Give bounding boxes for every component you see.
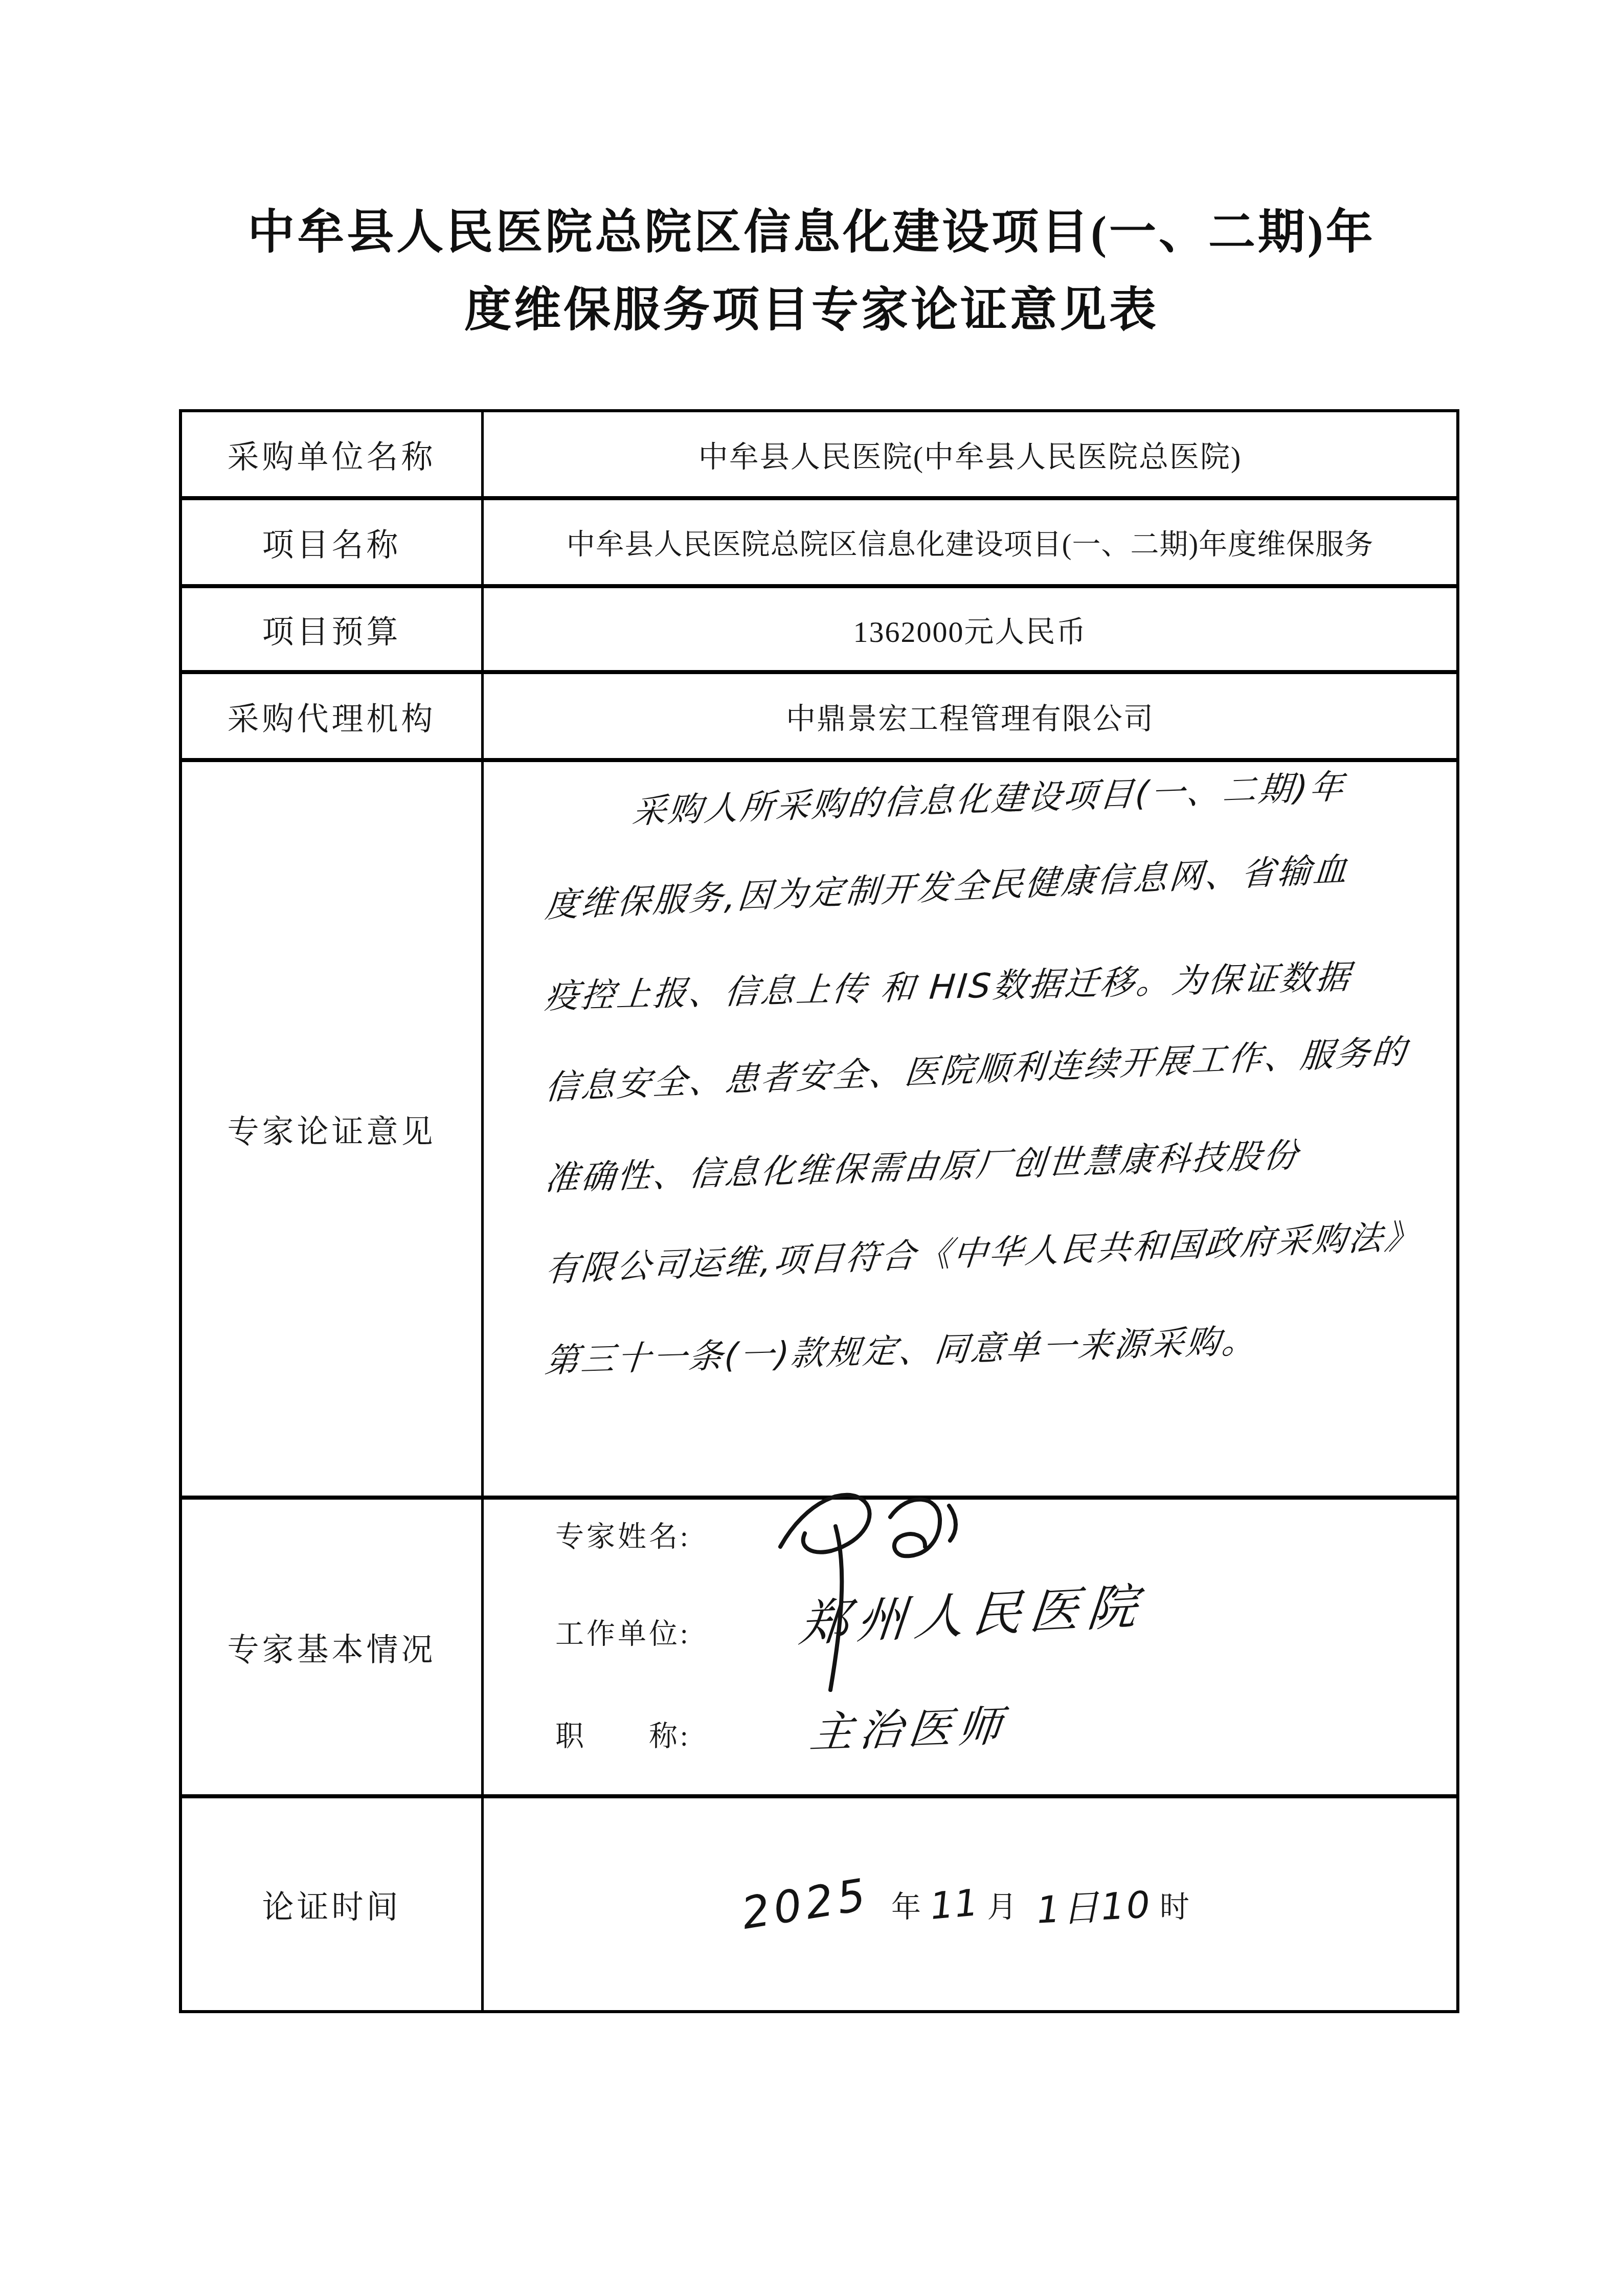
time-day-hour-handwritten: 1日10 xyxy=(1035,1875,1153,1934)
expert-title-handwritten-value: 主治医师 xyxy=(807,1691,1011,1760)
table-row-purchaser: 采购单位名称 中牟县人民医院(中牟县人民医院总医院) xyxy=(182,412,1456,500)
scanned-document-page: 中牟县人民医院总院区信息化建设项目(一、二期)年 度维保服务项目专家论证意见表 … xyxy=(0,0,1623,2296)
project-name-label: 项目名称 xyxy=(182,500,484,584)
expert-info-fields: 专家姓名: 工作单位: 郑州人民医院 职 称: 主治医师 xyxy=(484,1500,1456,1794)
time-hour-unit: 时 xyxy=(1160,1883,1190,1926)
table-row-project-name: 项目名称 中牟县人民医院总院区信息化建设项目(一、二期)年度维保服务 xyxy=(182,500,1456,588)
expert-title-label: 职 称: xyxy=(555,1713,691,1754)
document-title-line1: 中牟县人民医院总院区信息化建设项目(一、二期)年 xyxy=(0,193,1623,271)
expert-unit-label: 工作单位: xyxy=(555,1611,691,1652)
expert-opinion-label: 专家论证意见 xyxy=(182,762,484,1496)
time-year-handwritten: 2025 xyxy=(738,1869,873,1940)
project-name-value: 中牟县人民医院总院区信息化建设项目(一、二期)年度维保服务 xyxy=(484,500,1456,584)
table-row-budget: 项目预算 1362000元人民币 xyxy=(182,588,1456,674)
table-row-demonstration-time: 论证时间 2025 年 11 月 1日10 时 xyxy=(182,1798,1456,2010)
purchaser-label: 采购单位名称 xyxy=(182,412,484,496)
agency-label: 采购代理机构 xyxy=(182,674,484,758)
table-row-expert-info: 专家基本情况 专家姓名: 工作单位: 郑州人民医院 职 称: 主治医师 xyxy=(182,1500,1456,1798)
budget-label: 项目预算 xyxy=(182,588,484,670)
purchaser-value: 中牟县人民医院(中牟县人民医院总医院) xyxy=(484,412,1456,496)
document-title: 中牟县人民医院总院区信息化建设项目(一、二期)年 度维保服务项目专家论证意见表 xyxy=(0,193,1623,349)
document-title-line2: 度维保服务项目专家论证意见表 xyxy=(0,271,1623,349)
budget-value: 1362000元人民币 xyxy=(484,588,1456,670)
expert-info-label: 专家基本情况 xyxy=(182,1500,484,1794)
table-row-expert-opinion: 专家论证意见 采购人所采购的信息化建设项目(一、二期)年 度维保服务,因为定制开… xyxy=(182,762,1456,1500)
time-month-unit: 月 xyxy=(987,1883,1018,1926)
demonstration-time-label: 论证时间 xyxy=(182,1798,484,2010)
expert-opinion-handwriting: 采购人所采购的信息化建设项目(一、二期)年 度维保服务,因为定制开发全民健康信息… xyxy=(484,762,1456,1496)
time-month-handwritten: 11 xyxy=(928,1881,981,1928)
info-table: 采购单位名称 中牟县人民医院(中牟县人民医院总医院) 项目名称 中牟县人民医院总… xyxy=(179,409,1459,2013)
expert-name-label: 专家姓名: xyxy=(555,1514,691,1555)
time-year-unit: 年 xyxy=(891,1883,922,1926)
demonstration-time-value: 2025 年 11 月 1日10 时 xyxy=(484,1798,1456,2010)
